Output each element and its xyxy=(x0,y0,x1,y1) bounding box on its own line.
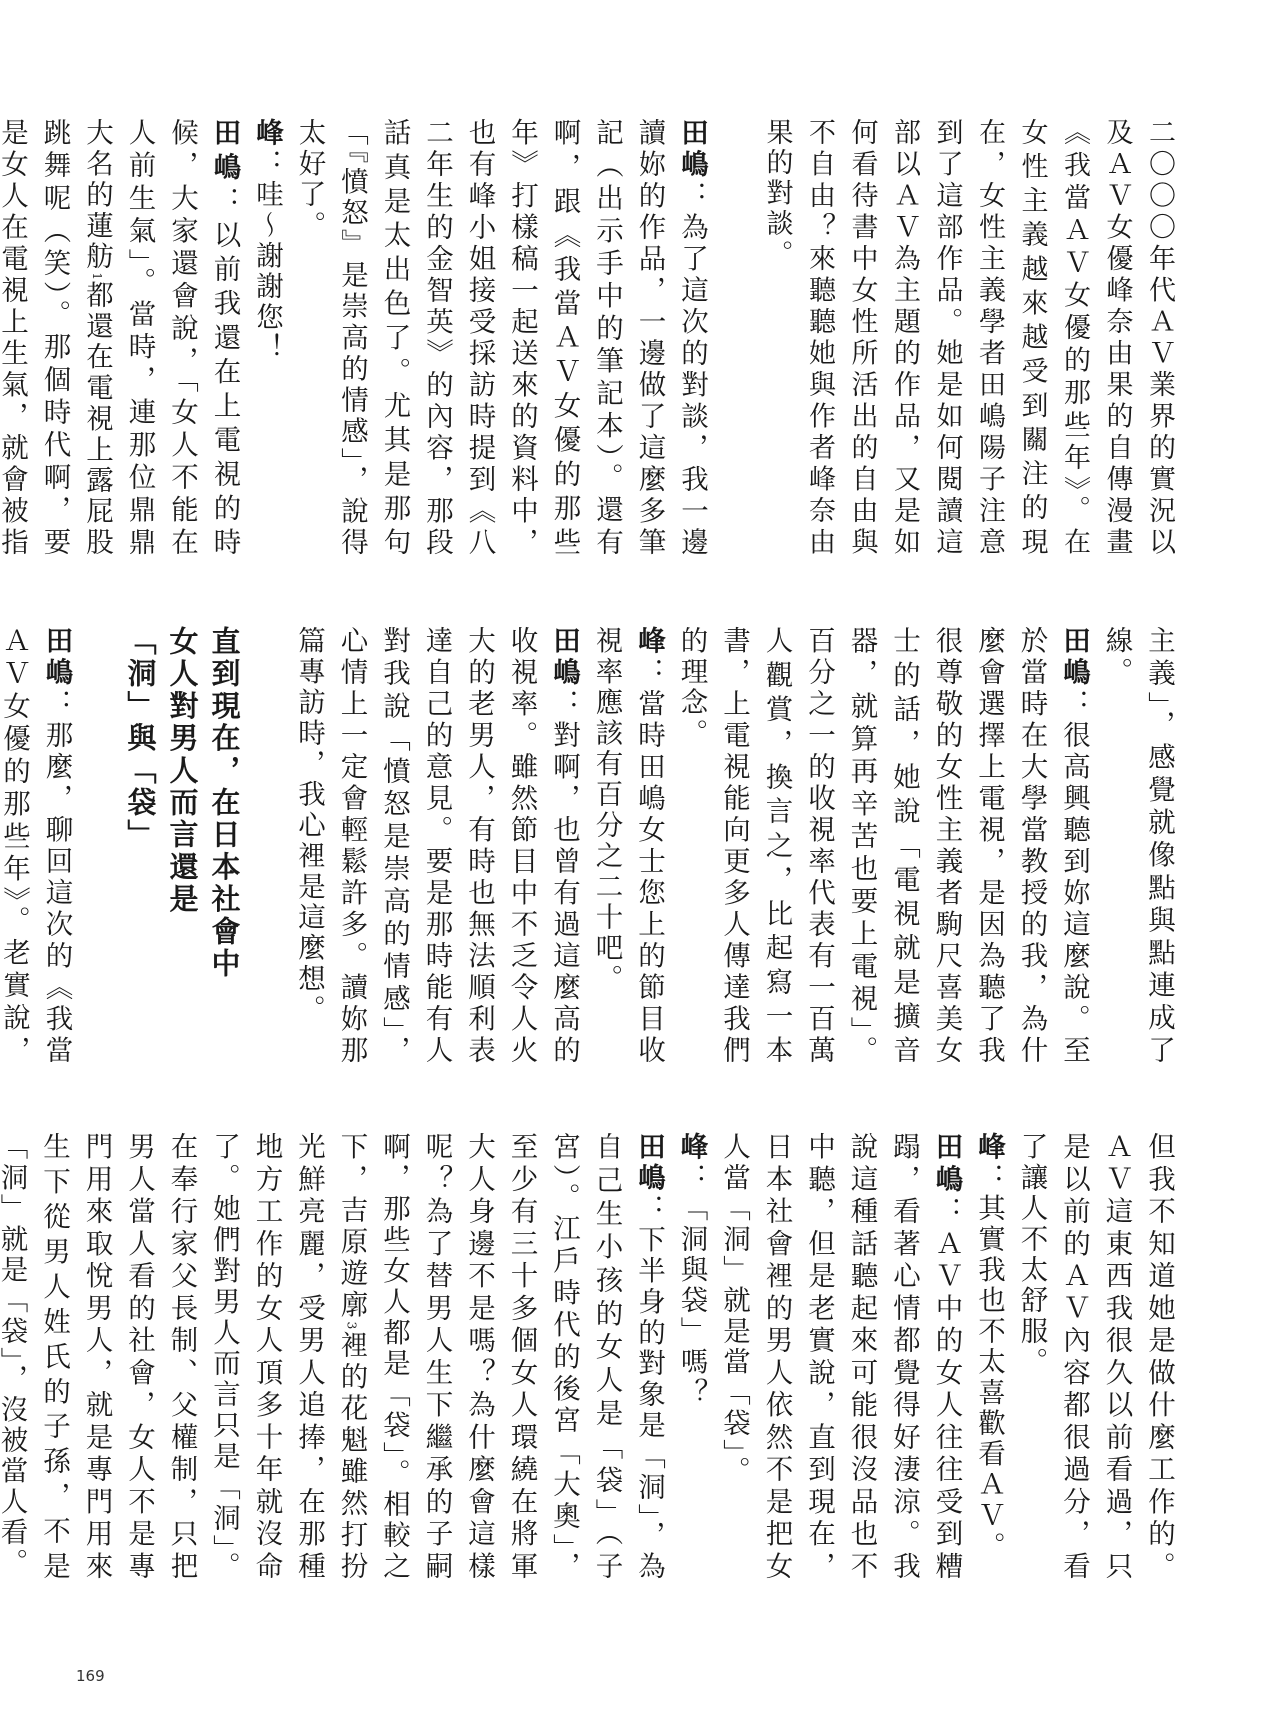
speaker-label-mine: 峰 xyxy=(973,1132,1005,1163)
dialogue-text: ：哇～謝謝您！ xyxy=(251,149,283,364)
dialogue-paragraph: 田嶋：以前我還在上電視的時候，大家還會說，「女人不能在人前生氣」。當時，連那位鼎… xyxy=(0,118,246,558)
dialogue-text: ：當時田嶋女士您上的節目收視率應該有百分之二十吧。 xyxy=(591,626,666,1066)
dialogue-paragraph: 主義」，感覺就像點與點連成了線。 xyxy=(1095,626,1180,1066)
dialogue-text: 主義」，感覺就像點與點連成了線。 xyxy=(1101,626,1176,1066)
section-heading: 直到現在，在日本社會中 女人對男人而言還是 「洞」與「袋」 xyxy=(120,626,246,1066)
dialogue-text: ：很高興聽到妳這麼說。至於當時在大學當教授的我，為什麼會選擇上電視，是因為聽了我… xyxy=(676,626,1091,1066)
dialogue-paragraph: 田嶋：ＡＶ中的女人往往受到糟蹋，看著心情都覺得好淒涼。我說這種話聽起來可能很沒品… xyxy=(713,1132,968,1582)
dialogue-paragraph: 峰：當時田嶋女士您上的節目收視率應該有百分之二十吧。 xyxy=(585,626,670,1066)
speaker-label-mine: 峰 xyxy=(251,118,283,149)
section-heading-line: 「洞」與「袋」 xyxy=(120,626,162,1066)
text-tier-bottom: 但我不知道她是做什麼工作的。ＡＶ這東西我很久以前看過，只是以前的ＡＶ內容都很過分… xyxy=(100,1132,1180,1582)
dialogue-text: ：「洞與袋」嗎？ xyxy=(676,1163,708,1409)
dialogue-paragraph: 田嶋：對啊，也曾有過這麼高的收視率。雖然節目中不乏令人火大的老男人，有時也無法順… xyxy=(288,626,586,1066)
dialogue-text: ：那麼，聊回這次的《我當ＡＶ女優的那些年》。老實說，對於ＡＶ女優，我還是有些想像… xyxy=(0,626,73,1066)
dialogue-text: 但我不知道她是做什麼工作的。ＡＶ這東西我很久以前看過，只是以前的ＡＶ內容都很過分… xyxy=(1016,1132,1176,1582)
dialogue-text: ：ＡＶ中的女人往往受到糟蹋，看著心情都覺得好淒涼。我說這種話聽起來可能很沒品也不… xyxy=(718,1132,963,1582)
footnote-marker: 1 xyxy=(90,272,104,280)
section-heading-line: 女人對男人而言還是 xyxy=(162,626,204,1066)
speaker-label-tajima: 田嶋 xyxy=(633,1132,665,1194)
dialogue-paragraph: 田嶋：為了這次的對談，我一邊讀妳的作品，一邊做了這麼多筆記（出示手中的筆記本）。… xyxy=(288,118,713,558)
speaker-label-mine: 峰 xyxy=(676,1132,708,1163)
dialogue-paragraph: 田嶋：很高興聽到妳這麼說。至於當時在大學當教授的我，為什麼會選擇上電視，是因為聽… xyxy=(670,626,1095,1066)
speaker-label-tajima: 田嶋 xyxy=(41,626,73,689)
intro-paragraph: 二〇〇〇年代ＡＶ業界的實況以及ＡＶ女優峰奈由果的自傳漫畫《我當ＡＶ女優的那些年》… xyxy=(755,118,1180,558)
dialogue-text: 裡的花魁雖然打扮光鮮亮麗，受男人追捧，在那種地方工作的女人頂多十年就沒命了。她們… xyxy=(0,1132,368,1582)
speaker-label-tajima: 田嶋 xyxy=(209,118,241,186)
text-tier-top: 二〇〇〇年代ＡＶ業界的實況以及ＡＶ女優峰奈由果的自傳漫畫《我當ＡＶ女優的那些年》… xyxy=(100,118,1180,558)
dialogue-text: ：其實我也不太喜歡看ＡＶ。 xyxy=(973,1163,1005,1562)
dialogue-paragraph: 峰：「洞與袋」嗎？ xyxy=(670,1132,713,1582)
speaker-label-mine: 峰 xyxy=(633,626,665,657)
speaker-label-tajima: 田嶋 xyxy=(676,118,708,181)
speaker-label-tajima: 田嶋 xyxy=(1058,626,1090,689)
dialogue-paragraph: 峰：哇～謝謝您！ xyxy=(246,118,289,558)
speaker-label-tajima: 田嶋 xyxy=(548,626,580,689)
dialogue-paragraph: 田嶋：下半身的對象是「洞」，為自己生小孩的女人是「袋」（子宮）。江戶時代的後宮「… xyxy=(0,1132,670,1582)
text-tier-middle: 主義」，感覺就像點與點連成了線。 田嶋：很高興聽到妳這麼說。至於當時在大學當教授… xyxy=(100,626,1180,1066)
dialogue-text: ：對啊，也曾有過這麼高的收視率。雖然節目中不乏令人火大的老男人，有時也無法順利表… xyxy=(293,626,580,1066)
dialogue-text: ：為了這次的對談，我一邊讀妳的作品，一邊做了這麼多筆記（出示手中的筆記本）。還有… xyxy=(294,118,709,558)
section-heading-line: 直到現在，在日本社會中 xyxy=(204,626,246,1066)
speaker-label-tajima: 田嶋 xyxy=(931,1132,963,1197)
page-number: 169 xyxy=(76,1667,105,1685)
dialogue-paragraph: 但我不知道她是做什麼工作的。ＡＶ這東西我很久以前看過，只是以前的ＡＶ內容都很過分… xyxy=(1010,1132,1180,1582)
dialogue-paragraph: 田嶋：那麼，聊回這次的《我當ＡＶ女優的那些年》。老實說，對於ＡＶ女優，我還是有些… xyxy=(0,626,78,1066)
dialogue-text: ：下半身的對象是「洞」，為自己生小孩的女人是「袋」（子宮）。江戶時代的後宮「大奧… xyxy=(336,1132,666,1582)
dialogue-paragraph: 峰：其實我也不太喜歡看ＡＶ。 xyxy=(968,1132,1011,1582)
